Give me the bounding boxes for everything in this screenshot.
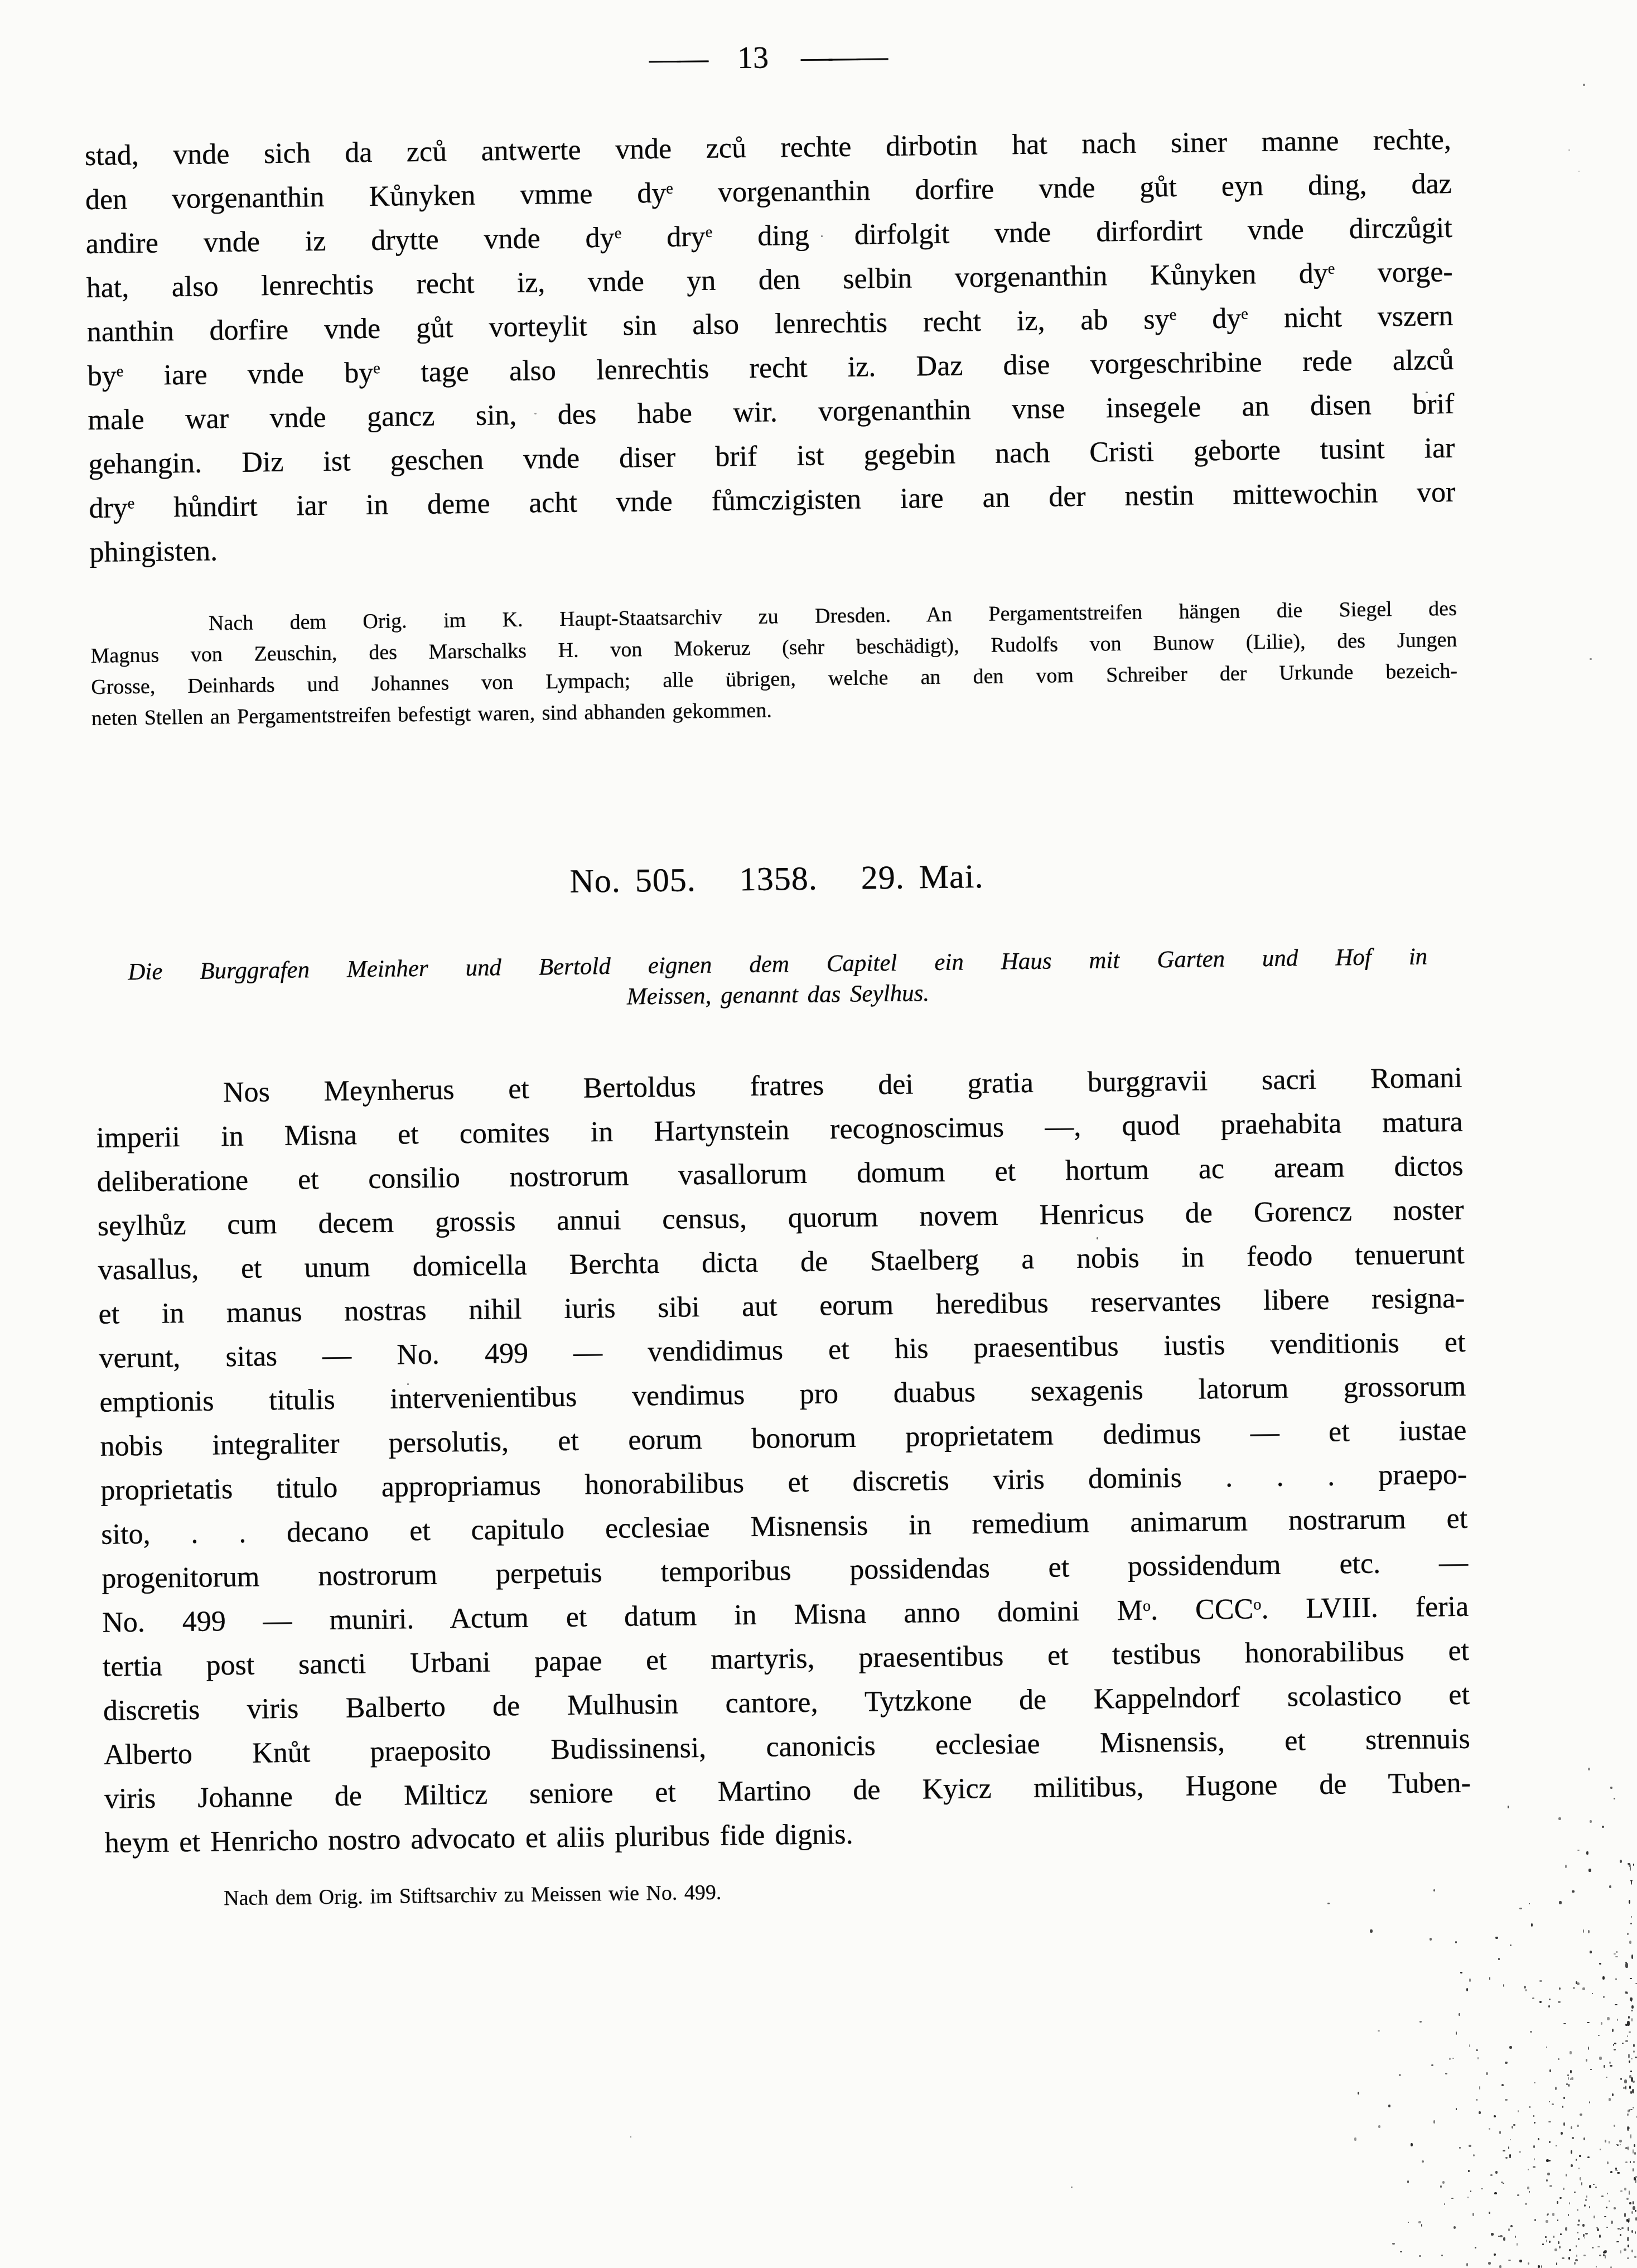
scanned-book-page: { "page": { "number": "13", "left_rule":… [0,0,1637,2268]
page-header: —— 13 ——— [84,32,1451,84]
charter-504-body: stad, vnde sich da zců antwerte vnde zců… [85,118,1456,575]
charter-504-source-note: Nach dem Orig. im K. Haupt-Staatsarchiv … [90,593,1458,734]
charter-505-note-line: Nach dem Orig. im Stiftsarchiv zu Meisse… [105,1868,1472,1915]
header-rule-left: —— [649,41,706,77]
charter-505-source-note: Nach dem Orig. im Stiftsarchiv zu Meisse… [105,1868,1472,1915]
header-rule-right: ——— [801,38,885,75]
charter-505-heading: No. 505. 1358. 29. Mai. [93,852,1460,906]
charter-505-body: Nos Meynherus et Bertoldus fratres dei g… [95,1056,1471,1865]
charter-505-summary: Die Burggrafen Meinher und Bertold eigne… [128,942,1428,1019]
page-scan: —— 13 ——— stad, vnde sich da zců antwert… [83,0,1476,2268]
page-number: 13 [737,40,769,76]
